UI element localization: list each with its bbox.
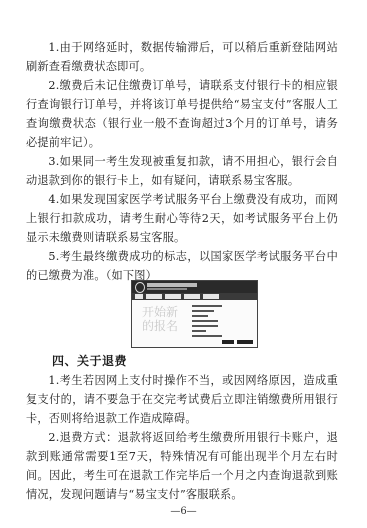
figure-header-subtitle: [147, 288, 187, 290]
figure-nav-item: [184, 294, 200, 299]
paragraph-3: 3.如果同一考生发现被重复扣款，请不用担心，银行会自动退款到你的银行卡上，如有疑…: [26, 152, 338, 190]
document-page: 1.由于网络延时，数据传输滞后，可以稍后重新登陆网站刷新查看缴费状态即可。 2.…: [0, 0, 367, 528]
info-line: [192, 305, 222, 307]
figure-watermark: 开始新 的报名: [142, 305, 178, 333]
refund-paragraph-2: 2.退费方式：退款将返回给考生缴费所用银行卡账户，退款到账通常需要1至7天，特殊…: [26, 428, 338, 504]
info-line: [192, 330, 206, 332]
info-line: [192, 320, 218, 322]
figure-nav-item: [203, 294, 219, 299]
figure-nav-item: [135, 294, 143, 299]
text-block-bottom: 1.考生若因网上支付时操作不当，或因网络原因，造成重复支付的，请不要急于在交完考…: [26, 371, 338, 504]
info-line: [192, 315, 208, 317]
page-number: —6—: [0, 506, 367, 517]
info-line: [192, 310, 214, 312]
paragraph-2: 2.缴费后未记住缴费订单号，请联系支付银行卡的相应银行查询银行订单号，并将该订单…: [26, 76, 338, 152]
figure-nav-item: [165, 294, 181, 299]
payment-status-screenshot: 开始新 的报名: [131, 280, 258, 348]
figure-nav: [132, 293, 257, 300]
figure-header-title: [147, 283, 197, 287]
figure-button: [237, 340, 253, 344]
figure-header: [132, 281, 257, 293]
figure-nav-item: [146, 294, 162, 299]
paragraph-1: 1.由于网络延时，数据传输滞后，可以稍后重新登陆网站刷新查看缴费状态即可。: [26, 38, 338, 76]
figure-body: 开始新 的报名: [132, 300, 257, 347]
text-block-top: 1.由于网络延时，数据传输滞后，可以稍后重新登陆网站刷新查看缴费状态即可。 2.…: [26, 38, 338, 285]
info-line: [192, 325, 218, 327]
watermark-line-2: 的报名: [142, 319, 178, 333]
watermark-line-1: 开始新: [142, 305, 178, 319]
refund-paragraph-1: 1.考生若因网上支付时操作不当，或因网络原因，造成重复支付的，请不要急于在交完考…: [26, 371, 338, 428]
figure-info-list: [192, 305, 222, 340]
section-heading: 四、关于退费: [52, 352, 127, 369]
figure-button: [222, 340, 234, 344]
info-line: [192, 335, 222, 337]
logo-icon: [135, 282, 145, 293]
paragraph-4: 4.如果发现国家医学考试服务平台上缴费没有成功，而网上银行扣款成功，请考生耐心等…: [26, 190, 338, 247]
